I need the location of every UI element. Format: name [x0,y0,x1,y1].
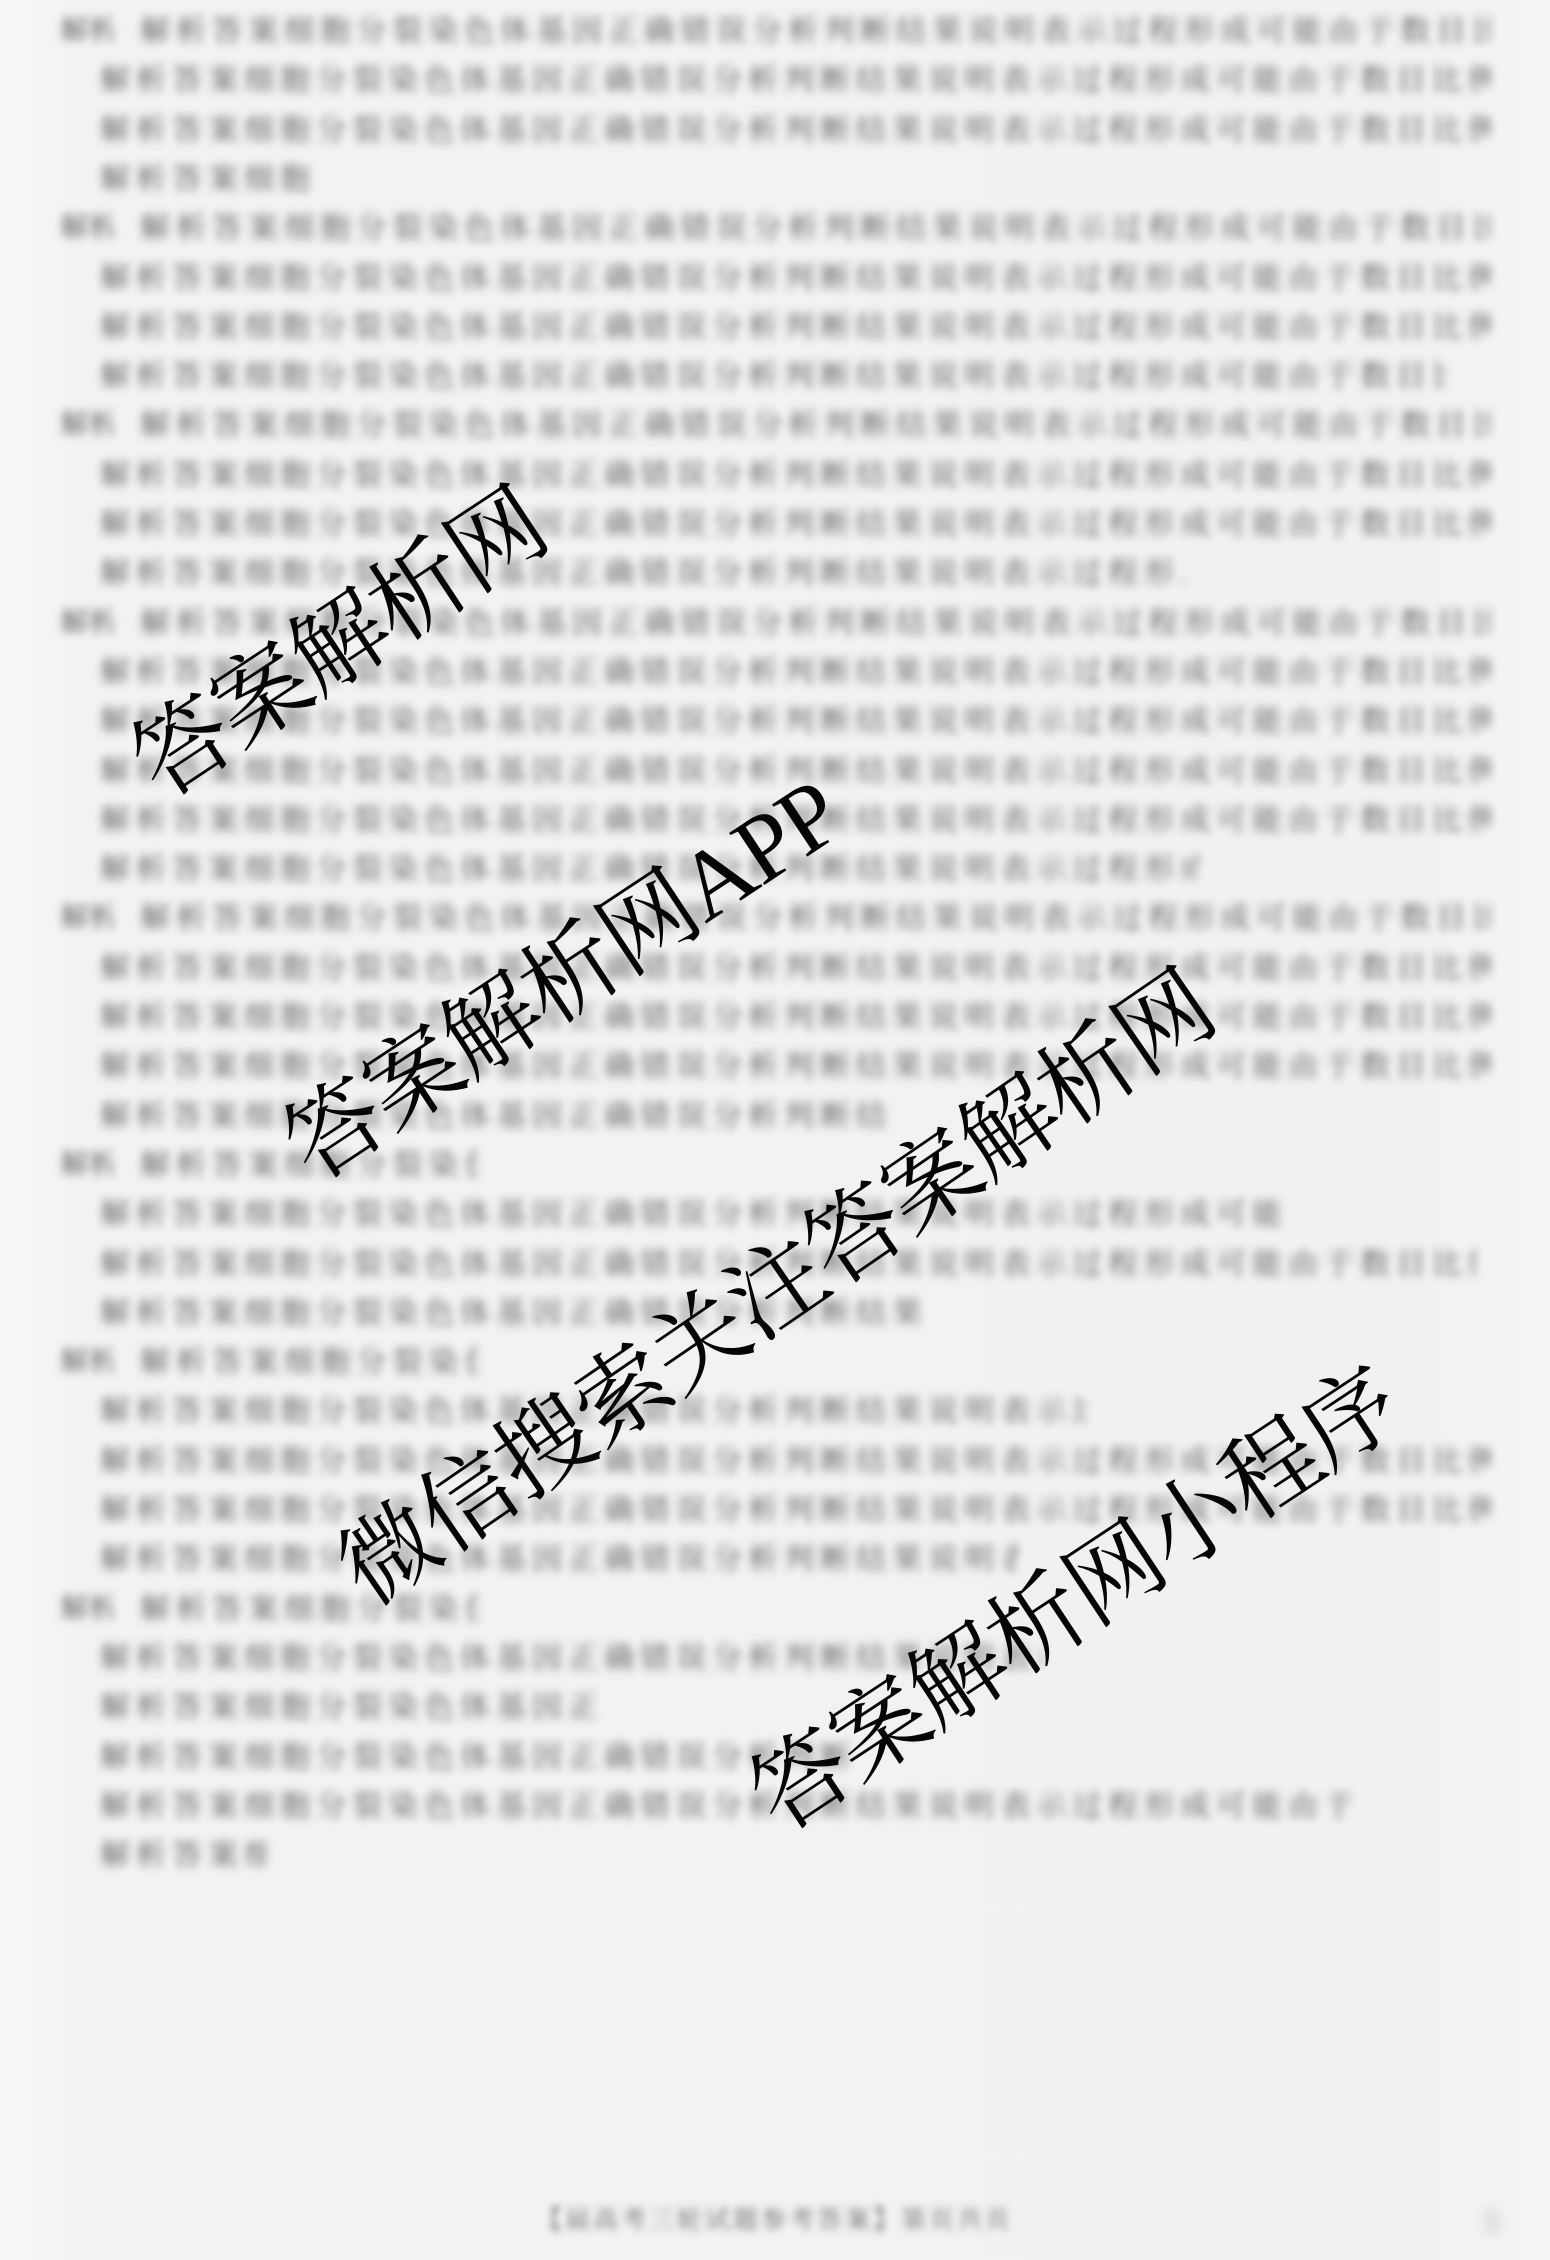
blurred-text-line: 解析答解析答案细胞分裂染色体基因正确错误分析判断结果说明表示过程形成可能由于数目… [0,1146,1550,1190]
blurred-text-line: 解析答案细胞分裂染色体基因正确错误分析判断结果说明表示过程形成可能由于数目比例分… [0,1836,1550,1880]
item-number-blob: 解析答 [60,1146,112,1184]
blurred-text: 解析答案细胞分裂染色体基因正确错误分析判断结果说明表示过程形成可能由于数目比例分… [140,899,1490,939]
blurred-text-line: 解析答案细胞分裂染色体基因正确错误分析判断结果说明表示过程形成可能由于数目比例分… [0,1639,1550,1683]
blurred-text: 解析答案细胞分裂染色体基因正确错误分析判断结果说明表示过程形成可能由于数目比例分… [100,554,1184,594]
blurred-text-line: 解析答案细胞分裂染色体基因正确错误分析判断结果说明表示过程形成可能由于数目比例分… [0,949,1550,993]
blurred-text: 解析答案细胞分裂染色体基因正确错误分析判断结果说明表示过程形成可能由于数目比例分… [100,357,1448,397]
blurred-text: 解析答案细胞分裂染色体基因正确错误分析判断结果说明表示过程形成可能由于数目比例分… [100,505,1490,545]
item-number-blob: 解析答 [60,604,112,642]
item-number-blob: 解析答 [60,12,112,50]
blurred-text-line: 解析答解析答案细胞分裂染色体基因正确错误分析判断结果说明表示过程形成可能由于数目… [0,12,1550,56]
document-body: 解析答解析答案细胞分裂染色体基因正确错误分析判断结果说明表示过程形成可能由于数目… [0,0,1550,1920]
blurred-text: 解析答案细胞分裂染色体基因正确错误分析判断结果说明表示过程形成可能由于数目比例分… [100,308,1490,348]
blurred-text: 解析答案细胞分裂染色体基因正确错误分析判断结果说明表示过程形成可能由于数目比例分… [140,406,1490,446]
blurred-text: 解析答案细胞分裂染色体基因正确错误分析判断结果说明表示过程形成可能由于数目比例分… [140,209,1490,249]
blurred-text: 解析答案细胞分裂染色体基因正确错误分析判断结果说明表示过程形成可能由于数目比例分… [100,949,1490,989]
blurred-text: 解析答案细胞分裂染色体基因正确错误分析判断结果说明表示过程形成可能由于数目比例分… [100,1836,267,1876]
blurred-text: 解析答案细胞分裂染色体基因正确错误分析判断结果说明表示过程形成可能由于数目比例分… [100,1787,1351,1827]
blurred-text-line: 解析答案细胞分裂染色体基因正确错误分析判断结果说明表示过程形成可能由于数目比例分… [0,1097,1550,1141]
blurred-text: 解析答案细胞分裂染色体基因正确错误分析判断结果说明表示过程形成可能由于数目比例分… [140,12,1490,52]
blurred-text: 解析答案细胞分裂染色体基因正确错误分析判断结果说明表示过程形成可能由于数目比例分… [100,998,1490,1038]
blurred-text-line: 解析答案细胞分裂染色体基因正确错误分析判断结果说明表示过程形成可能由于数目比例分… [0,308,1550,352]
item-number-blob: 解析答 [60,1590,112,1628]
item-number-blob: 解析答 [60,209,112,247]
item-number-blob: 解析答 [60,406,112,444]
blurred-text: 解析答案细胞分裂染色体基因正确错误分析判断结果说明表示过程形成可能由于数目比例分… [100,160,309,200]
blurred-text-line: 解析答案细胞分裂染色体基因正确错误分析判断结果说明表示过程形成可能由于数目比例分… [0,1540,1550,1584]
blurred-text-line: 解析答案细胞分裂染色体基因正确错误分析判断结果说明表示过程形成可能由于数目比例分… [0,998,1550,1042]
blurred-text-line: 解析答案细胞分裂染色体基因正确错误分析判断结果说明表示过程形成可能由于数目比例分… [0,554,1550,598]
blurred-text: 解析答案细胞分裂染色体基因正确错误分析判断结果说明表示过程形成可能由于数目比例分… [100,61,1490,101]
blurred-text: 解析答案细胞分裂染色体基因正确错误分析判断结果说明表示过程形成可能由于数目比例分… [100,1195,1282,1235]
blurred-text: 解析答案细胞分裂染色体基因正确错误分析判断结果说明表示过程形成可能由于数目比例分… [100,259,1490,299]
item-number-blob: 解析答 [60,899,112,937]
blurred-text: 解析答案细胞分裂染色体基因正确错误分析判断结果说明表示过程形成可能由于数目比例分… [140,1343,478,1383]
blurred-text: 解析答案细胞分裂染色体基因正确错误分析判断结果说明表示过程形成可能由于数目比例分… [100,1688,600,1728]
blurred-text: 解析答案细胞分裂染色体基因正确错误分析判断结果说明表示过程形成可能由于数目比例分… [100,1097,892,1137]
blurred-text: 解析答案细胞分裂染色体基因正确错误分析判断结果说明表示过程形成可能由于数目比例分… [100,111,1490,151]
blurred-text-line: 解析答案细胞分裂染色体基因正确错误分析判断结果说明表示过程形成可能由于数目比例分… [0,505,1550,549]
blurred-text-line: 解析答案细胞分裂染色体基因正确错误分析判断结果说明表示过程形成可能由于数目比例分… [0,456,1550,500]
page-number-blob: 5 [1472,2198,1512,2244]
blurred-text-line: 解析答案细胞分裂染色体基因正确错误分析判断结果说明表示过程形成可能由于数目比例分… [0,357,1550,401]
blurred-text-line: 解析答案细胞分裂染色体基因正确错误分析判断结果说明表示过程形成可能由于数目比例分… [0,61,1550,105]
blurred-text-line: 解析答案细胞分裂染色体基因正确错误分析判断结果说明表示过程形成可能由于数目比例分… [0,259,1550,303]
blurred-text-line: 解析答解析答案细胞分裂染色体基因正确错误分析判断结果说明表示过程形成可能由于数目… [0,1590,1550,1634]
blurred-text: 解析答案细胞分裂染色体基因正确错误分析判断结果说明表示过程形成可能由于数目比例分… [100,1540,1017,1580]
blurred-text: 解析答案细胞分裂染色体基因正确错误分析判断结果说明表示过程形成可能由于数目比例分… [100,456,1490,496]
blurred-text-line: 解析答案细胞分裂染色体基因正确错误分析判断结果说明表示过程形成可能由于数目比例分… [0,1047,1550,1091]
footer-caption: 【届高考三轮试题参考答案】第页共页 [537,2200,1007,2236]
blurred-text-line: 解析答解析答案细胞分裂染色体基因正确错误分析判断结果说明表示过程形成可能由于数目… [0,209,1550,253]
blurred-text-line: 解析答解析答案细胞分裂染色体基因正确错误分析判断结果说明表示过程形成可能由于数目… [0,406,1550,450]
item-number-blob: 解析答 [60,1343,112,1381]
blurred-text-line: 解析答案细胞分裂染色体基因正确错误分析判断结果说明表示过程形成可能由于数目比例分… [0,160,1550,204]
blurred-text-line: 解析答案细胞分裂染色体基因正确错误分析判断结果说明表示过程形成可能由于数目比例分… [0,111,1550,155]
